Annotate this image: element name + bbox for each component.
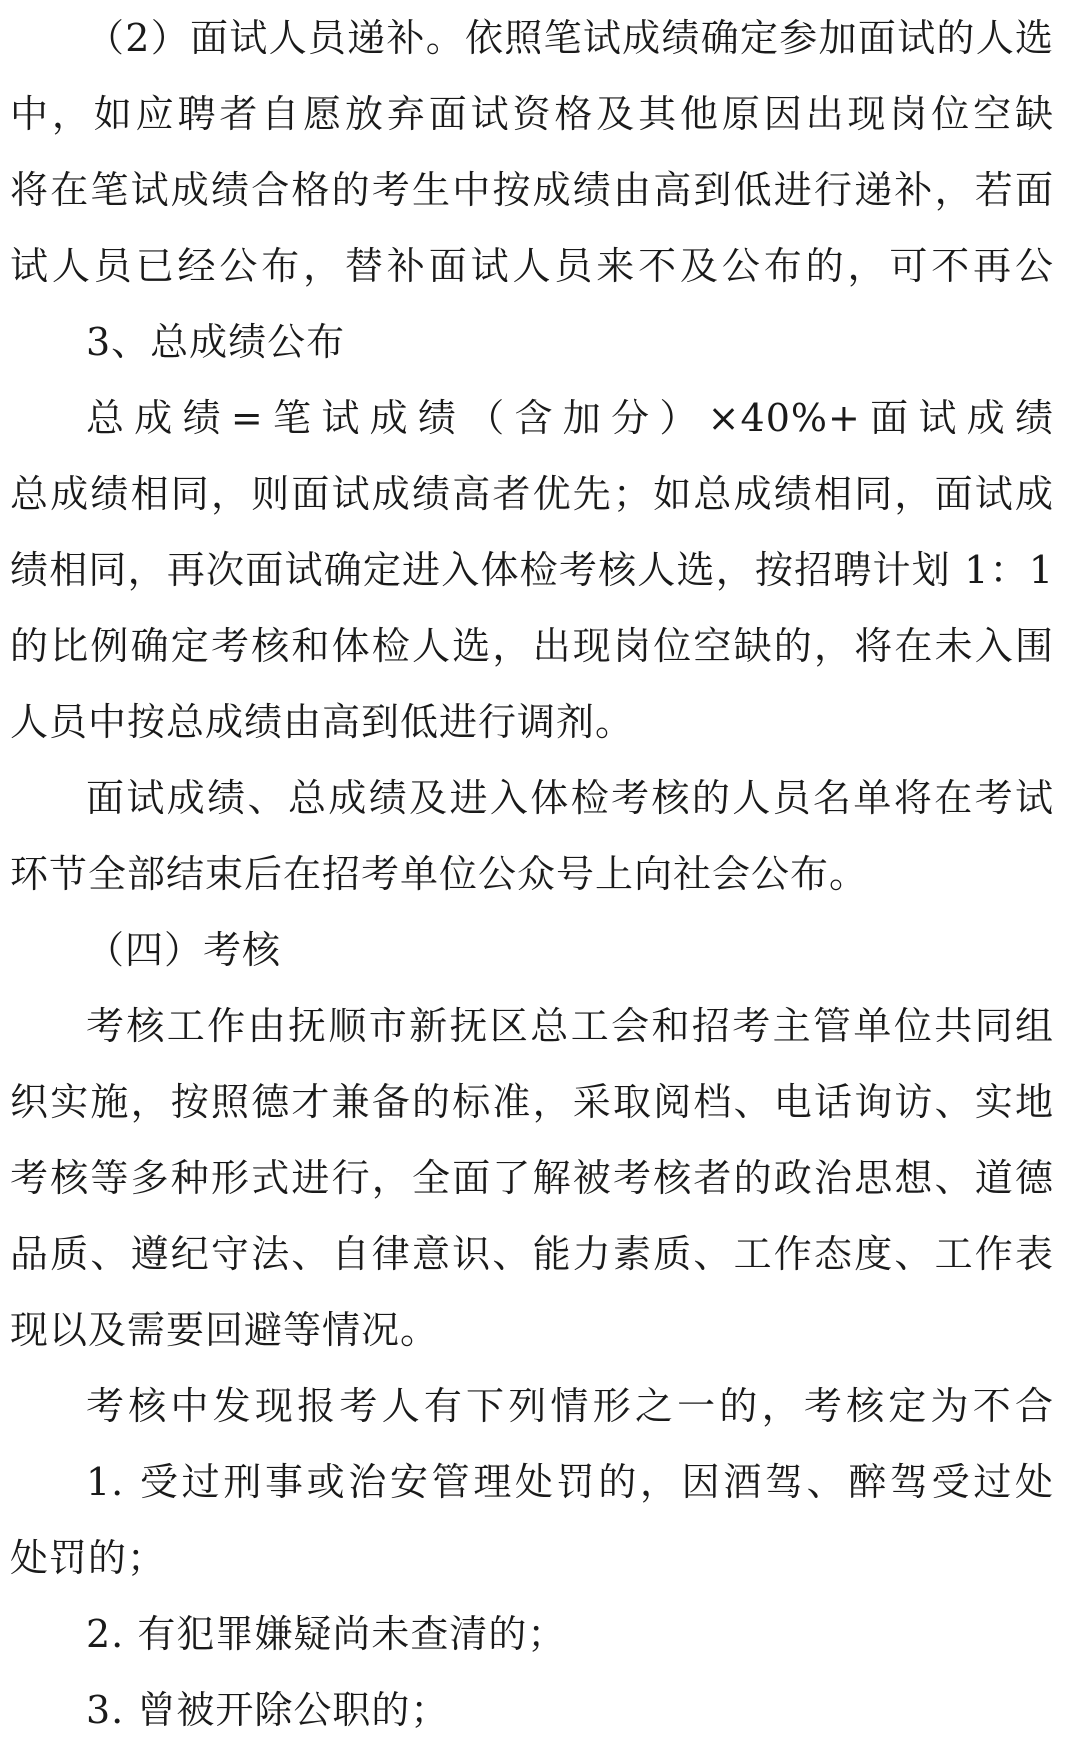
paragraph-score-formula-line-4: 的比例确定考核和体检人选，出现岗位空缺的，将在未入围	[10, 608, 1054, 684]
list-item-3: 3. 曾被开除公职的；	[10, 1672, 1054, 1747]
paragraph-assessment-process-line-2: 织实施，按照德才兼备的标准，采取阅档、电话询访、实地	[10, 1064, 1054, 1140]
heading-assessment: （四）考核	[10, 912, 1054, 988]
paragraph-score-formula-line-3: 绩相同，再次面试确定进入体检考核人选，按招聘计划 1：1	[10, 532, 1054, 608]
paragraph-disqualification-intro: 考核中发现报考人有下列情形之一的，考核定为不合格：	[10, 1368, 1054, 1444]
heading-total-score-publication: 3、总成绩公布	[10, 304, 1054, 380]
paragraph-interview-replacement-line-1: （2）面试人员递补。依照笔试成绩确定参加面试的人选	[10, 0, 1054, 76]
paragraph-score-formula-line-5: 人员中按总成绩由高到低进行调剂。	[10, 684, 1054, 760]
list-item-1-line-2: 处罚的；	[10, 1520, 1054, 1596]
paragraph-results-announcement-line-1: 面试成绩、总成绩及进入体检考核的人员名单将在考试	[10, 760, 1054, 836]
paragraph-results-announcement-line-2: 环节全部结束后在招考单位公众号上向社会公布。	[10, 836, 1054, 912]
paragraph-score-formula-line-2: 总成绩相同，则面试成绩高者优先；如总成绩相同，面试成	[10, 456, 1054, 532]
paragraph-interview-replacement-line-2: 中，如应聘者自愿放弃面试资格及其他原因出现岗位空缺的，	[10, 76, 1054, 152]
list-item-1-line-1: 1. 受过刑事或治安管理处罚的，因酒驾、醉驾受过处分、	[10, 1444, 1054, 1520]
paragraph-score-formula-line-1: 总成绩=笔试成绩（含加分）×40%+面试成绩×60%。如	[10, 380, 1054, 456]
paragraph-interview-replacement-line-4: 试人员已经公布，替补面试人员来不及公布的，可不再公布。	[10, 228, 1054, 304]
paragraph-assessment-process-line-4: 品质、遵纪守法、自律意识、能力素质、工作态度、工作表	[10, 1216, 1054, 1292]
paragraph-assessment-process-line-1: 考核工作由抚顺市新抚区总工会和招考主管单位共同组	[10, 988, 1054, 1064]
paragraph-assessment-process-line-3: 考核等多种形式进行，全面了解被考核者的政治思想、道德	[10, 1140, 1054, 1216]
paragraph-assessment-process-line-5: 现以及需要回避等情况。	[10, 1292, 1054, 1368]
document-page: （2）面试人员递补。依照笔试成绩确定参加面试的人选 中，如应聘者自愿放弃面试资格…	[0, 0, 1080, 1747]
paragraph-interview-replacement-line-3: 将在笔试成绩合格的考生中按成绩由高到低进行递补，若面	[10, 152, 1054, 228]
list-item-2: 2. 有犯罪嫌疑尚未查清的；	[10, 1596, 1054, 1672]
